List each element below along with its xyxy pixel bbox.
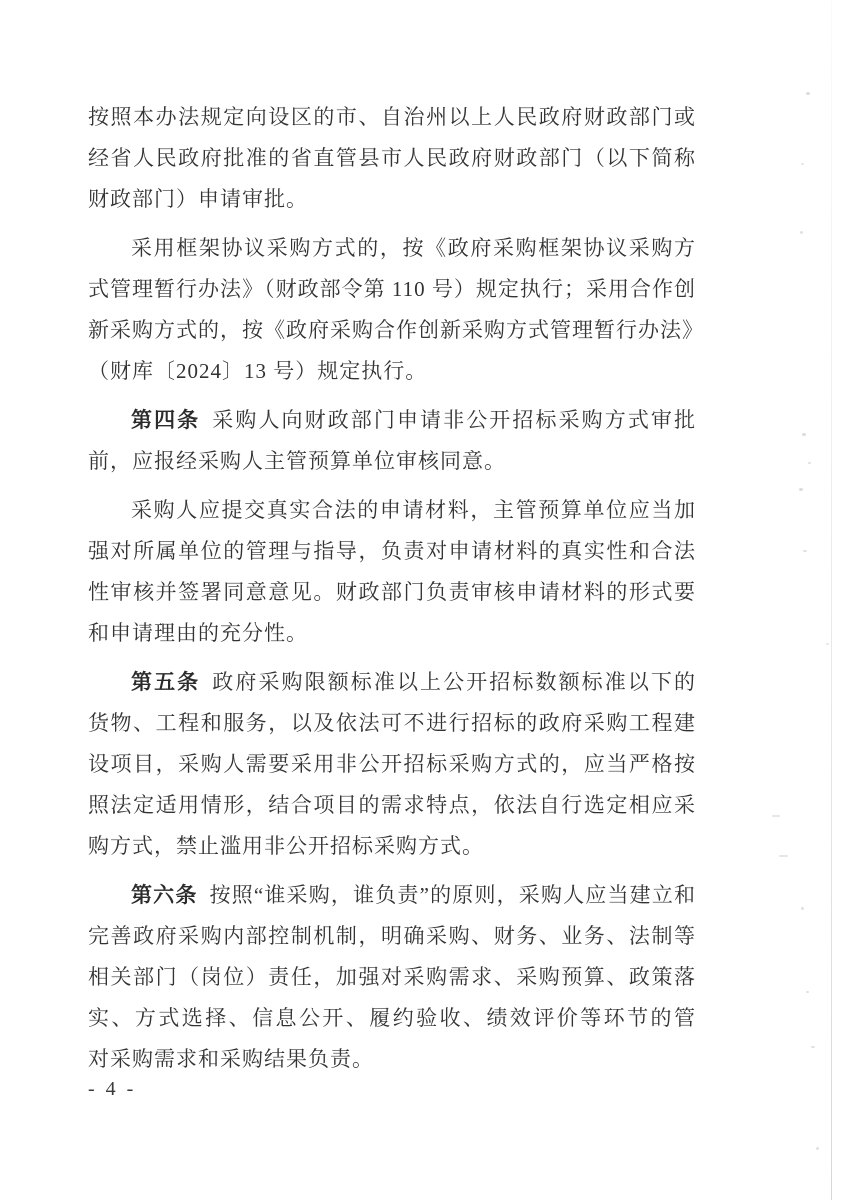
text-line: 实、方式选择、信息公开、履约验收、绩效评价等环节的管理， [88, 998, 696, 1039]
text-line: 货物、工程和服务，以及依法可不进行招标的政府采购工程建 [88, 703, 696, 744]
text-line: 采购人应提交真实合法的申请材料，主管预算单位应当加 [88, 490, 696, 531]
text-line: 按照本办法规定向设区的市、自治州以上人民政府财政部门或 [88, 97, 696, 138]
paragraph: 第六条按照“谁采购，谁负责”的原则，采购人应当建立和完善政府采购内部控制机制，明… [88, 875, 696, 1080]
scan-artifact [808, 462, 811, 464]
scan-artifact [806, 991, 809, 993]
scan-artifact-line [831, 0, 832, 1200]
text-line: 和申请理由的充分性。 [88, 613, 696, 654]
scan-artifact [799, 488, 803, 491]
text-line: 前，应报经采购人主管预算单位审核同意。 [88, 441, 696, 482]
paragraph: 按照本办法规定向设区的市、自治州以上人民政府财政部门或经省人民政府批准的省直管县… [88, 97, 696, 220]
text-line: 性审核并签署同意意见。财政部门负责审核申请材料的形式要件 [88, 572, 696, 613]
paragraph: 采用框架协议采购方式的，按《政府采购框架协议采购方式管理暂行办法》（财政部令第 … [88, 228, 696, 392]
scan-artifact [816, 1147, 819, 1150]
scan-artifact [800, 231, 803, 234]
text-line: 第六条按照“谁采购，谁负责”的原则，采购人应当建立和 [88, 875, 696, 916]
scan-artifact [826, 643, 829, 645]
text-line: 完善政府采购内部控制机制，明确采购、财务、业务、法制等 [88, 916, 696, 957]
text-line: 照法定适用情形，结合项目的需求特点，依法自行选定相应采 [88, 785, 696, 826]
article-label: 第四条 [131, 408, 200, 432]
scan-artifact [779, 855, 788, 857]
text-line: 对采购需求和采购结果负责。 [88, 1039, 696, 1080]
text-line: 式管理暂行办法》（财政部令第 110 号）规定执行；采用合作创 [88, 269, 696, 310]
document-body: 按照本办法规定向设区的市、自治州以上人民政府财政部门或经省人民政府批准的省直管县… [88, 97, 696, 1080]
article-label: 第六条 [131, 883, 198, 907]
text-line: 经省人民政府批准的省直管县市人民政府财政部门（以下简称 [88, 138, 696, 179]
paragraph: 采购人应提交真实合法的申请材料，主管预算单位应当加强对所属单位的管理与指导，负责… [88, 490, 696, 654]
text-line: 购方式，禁止滥用非公开招标采购方式。 [88, 826, 696, 867]
scan-artifact [811, 1046, 815, 1048]
scan-artifact [801, 907, 804, 910]
scan-artifact [806, 92, 810, 95]
text-line: 新采购方式的，按《政府采购合作创新采购方式管理暂行办法》 [88, 310, 696, 351]
text-line: 相关部门（岗位）责任，加强对采购需求、采购预算、政策落 [88, 957, 696, 998]
text-line: 设项目，采购人需要采用非公开招标采购方式的，应当严格按 [88, 744, 696, 785]
text-line: 采用框架协议采购方式的，按《政府采购框架协议采购方 [88, 228, 696, 269]
page-number: - 4 - [88, 1078, 136, 1101]
scan-artifact [802, 433, 806, 436]
text-line: 第四条采购人向财政部门申请非公开招标采购方式审批 [88, 400, 696, 441]
document-page: 按照本办法规定向设区的市、自治州以上人民政府财政部门或经省人民政府批准的省直管县… [0, 0, 848, 1200]
text-line: （财库〔2024〕13 号）规定执行。 [88, 351, 696, 392]
text-line: 强对所属单位的管理与指导，负责对申请材料的真实性和合法 [88, 531, 696, 572]
paragraph: 第四条采购人向财政部门申请非公开招标采购方式审批前，应报经采购人主管预算单位审核… [88, 400, 696, 482]
text-line: 第五条政府采购限额标准以上公开招标数额标准以下的 [88, 662, 696, 703]
scan-artifact [801, 163, 804, 165]
scan-artifact [772, 815, 780, 817]
article-label: 第五条 [131, 670, 200, 694]
text-line: 财政部门）申请审批。 [88, 179, 696, 220]
paragraph: 第五条政府采购限额标准以上公开招标数额标准以下的货物、工程和服务，以及依法可不进… [88, 662, 696, 867]
scan-artifact [803, 550, 807, 552]
